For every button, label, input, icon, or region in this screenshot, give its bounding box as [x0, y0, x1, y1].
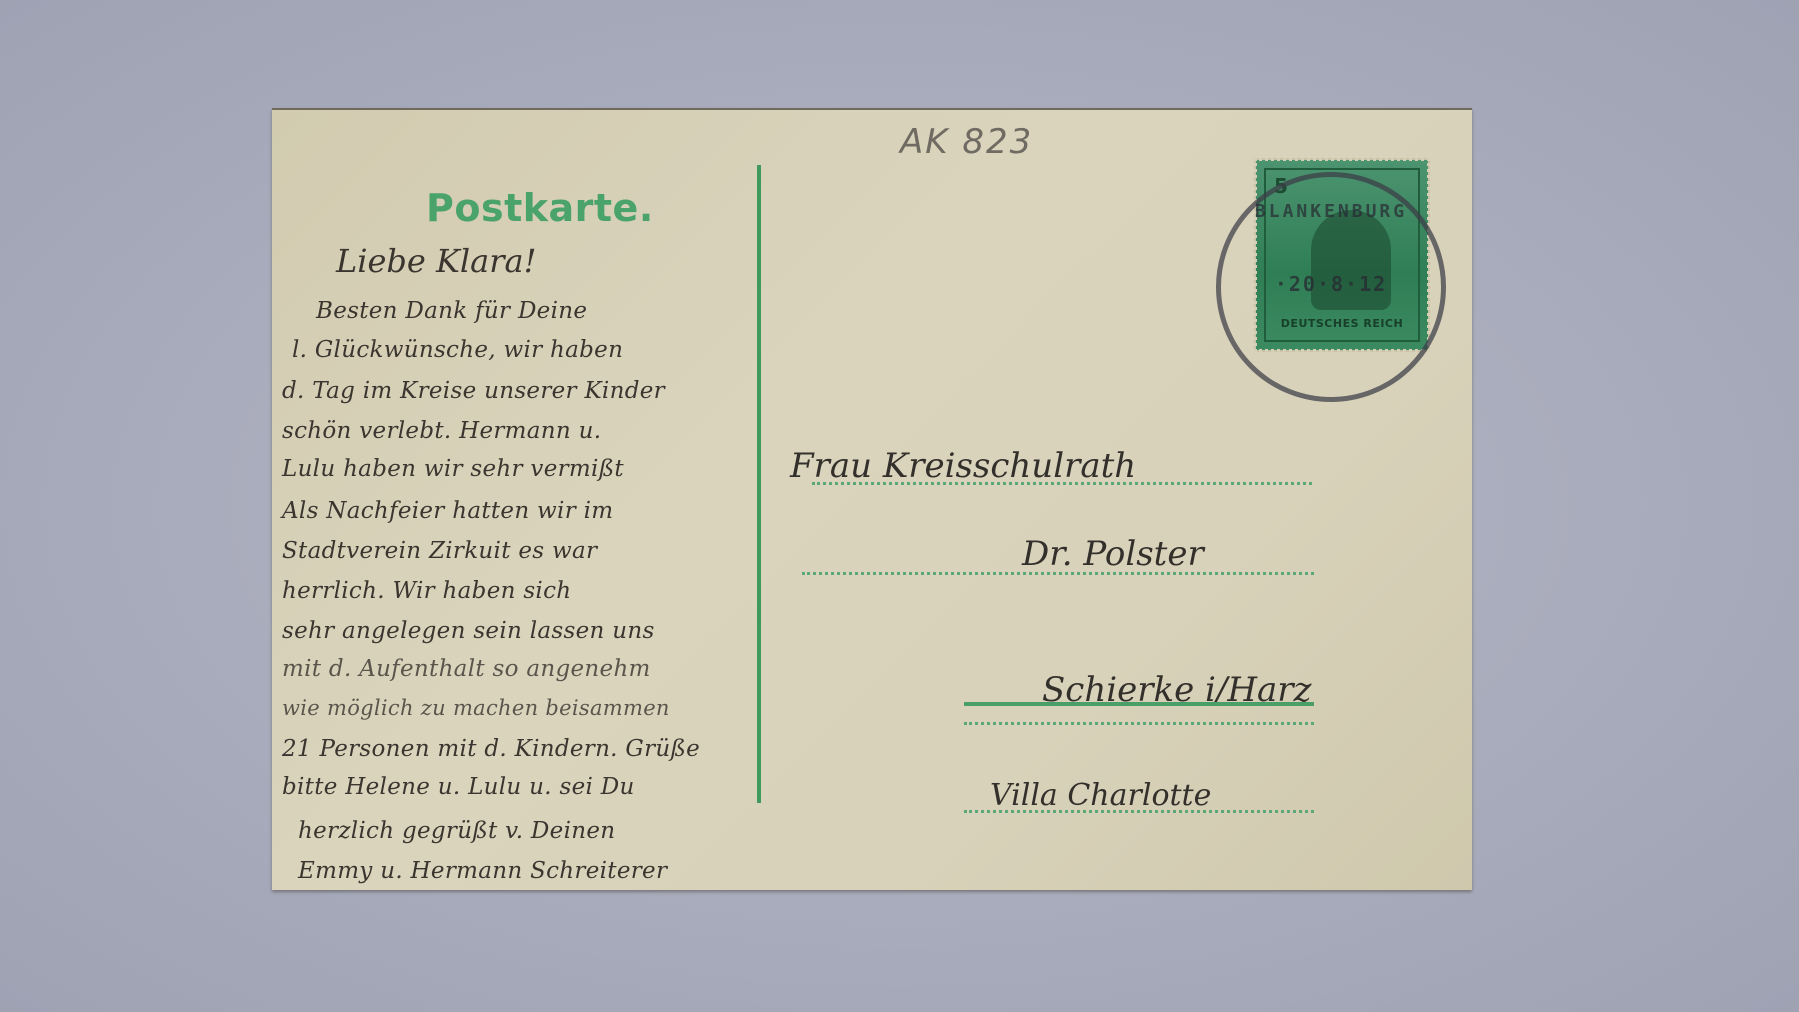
message-line: bitte Helene u. Lulu u. sei Du	[282, 774, 635, 800]
message-greeting: Liebe Klara!	[336, 242, 536, 280]
postcard-title: Postkarte.	[426, 186, 654, 230]
message-line: Lulu haben wir sehr vermißt	[282, 456, 624, 482]
message-line: mit d. Aufenthalt so angenehm	[282, 656, 651, 682]
message-line: herrlich. Wir haben sich	[282, 578, 571, 604]
postmark-town: BLANKENBURG	[1221, 201, 1441, 222]
divider-line	[757, 165, 761, 803]
address-underline	[964, 702, 1314, 706]
postmark-date: ·20·8·12	[1221, 272, 1441, 296]
postmark-cancellation: BLANKENBURG ·20·8·12	[1216, 172, 1446, 402]
address-dotted-line	[964, 722, 1314, 725]
message-line: l. Glückwünsche, wir haben	[292, 337, 623, 363]
message-line: sehr angelegen sein lassen uns	[282, 618, 655, 644]
address-dotted-line	[812, 482, 1312, 485]
postcard: Postkarte. AK 823 5 DEUTSCHES REICH BLAN…	[272, 108, 1472, 890]
address-dotted-line	[964, 810, 1314, 813]
address-line-house: Villa Charlotte	[990, 778, 1211, 813]
message-line: schön verlebt. Hermann u.	[282, 418, 601, 444]
message-line: wie möglich zu machen beisammen	[282, 696, 670, 720]
message-line: herzlich gegrüßt v. Deinen	[298, 818, 615, 844]
message-line: Stadtverein Zirkuit es war	[282, 538, 597, 564]
message-line: Besten Dank für Deine	[316, 298, 587, 324]
message-line: d. Tag im Kreise unserer Kinder	[282, 378, 665, 404]
address-line-name: Dr. Polster	[1022, 534, 1204, 574]
message-line: Als Nachfeier hatten wir im	[282, 498, 613, 524]
message-line: Emmy u. Hermann Schreiterer	[298, 858, 667, 884]
reference-note: AK 823	[900, 122, 1033, 162]
address-line-recipient: Frau Kreisschulrath	[790, 446, 1136, 486]
address-dotted-line	[802, 572, 1314, 575]
message-line: 21 Personen mit d. Kindern. Grüße	[282, 736, 700, 762]
